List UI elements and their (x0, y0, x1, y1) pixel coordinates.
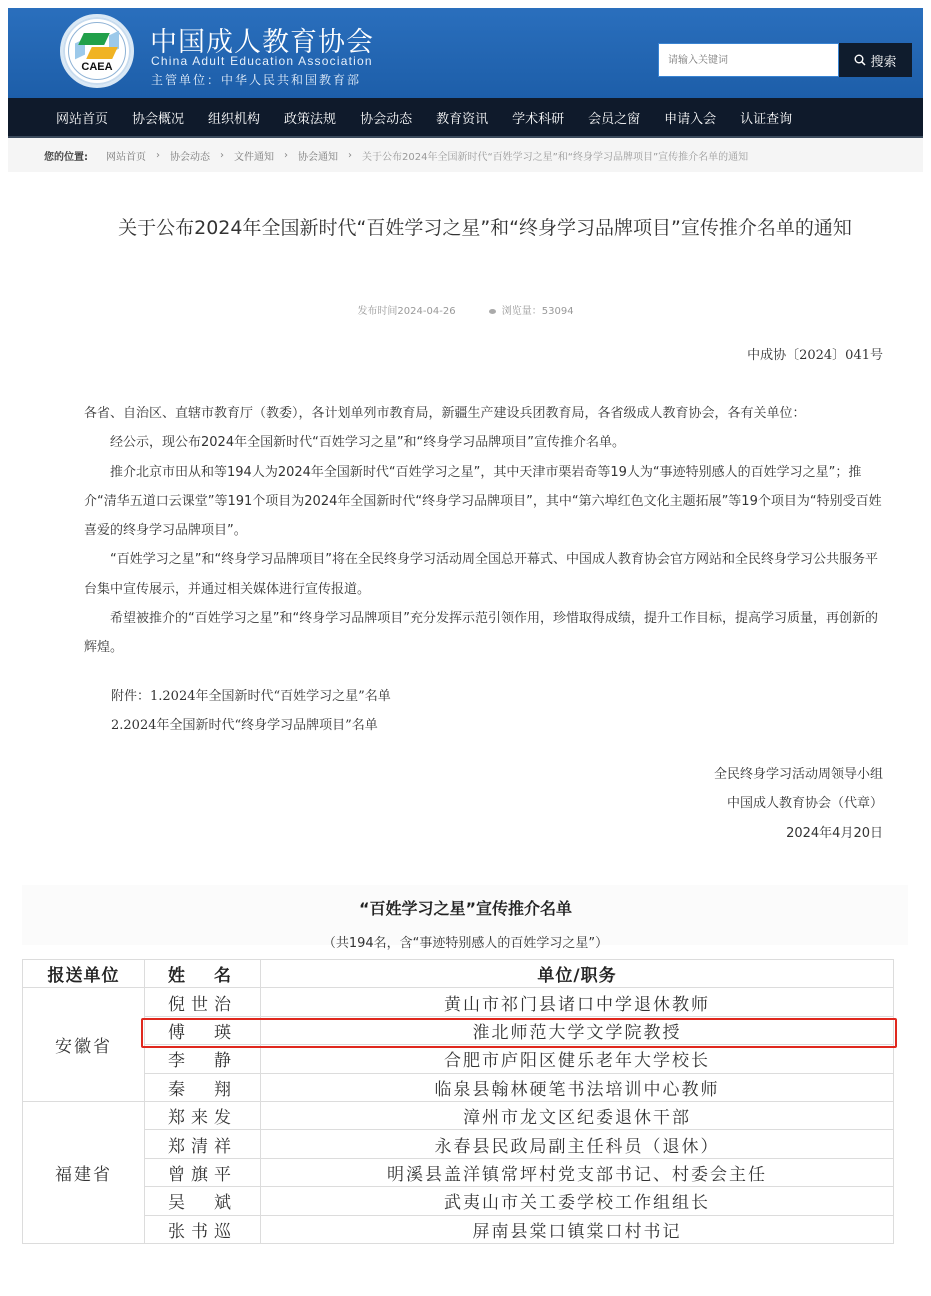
article-body: 各省、自治区、直辖市教育厅（教委），各计划单列市教育局，新疆生产建设兵团教育局，… (84, 399, 882, 663)
site-subtitle: 主管单位：中华人民共和国教育部 (151, 71, 361, 88)
attachment-2[interactable]: 2.2024年全国新时代“终身学习品牌项目”名单 (111, 711, 391, 740)
breadcrumb-documents[interactable]: 文件通知 (234, 148, 274, 163)
breadcrumb-notices[interactable]: 协会通知 (298, 148, 338, 163)
unit-cell: 合肥市庐阳区健乐老年大学校长 (261, 1045, 894, 1073)
name-cell: 郑来发 (145, 1101, 261, 1129)
unit-cell: 黄山市祁门县诸口中学退休教师 (261, 988, 894, 1016)
name-cell: 李 静 (145, 1045, 261, 1073)
unit-cell: 淮北师范大学文学院教授 (261, 1016, 894, 1044)
unit-cell: 临泉县翰林硬笔书法培训中心教师 (261, 1073, 894, 1101)
nav-item-home[interactable]: 网站首页 (56, 108, 108, 127)
eye-icon (489, 309, 496, 314)
column-header-province: 报送单位 (23, 960, 145, 988)
name-cell: 傅 瑛 (145, 1016, 261, 1044)
main-nav: 网站首页 协会概况 组织机构 政策法规 协会动态 教育资讯 学术科研 会员之窗 … (8, 98, 923, 136)
signature-date: 2024年4月20日 (714, 819, 883, 848)
signature-line: 全民终身学习活动周领导小组 (714, 760, 883, 789)
name-cell: 秦 翔 (145, 1073, 261, 1101)
attachment-1[interactable]: 附件：1.2024年全国新时代“百姓学习之星”名单 (111, 682, 391, 711)
site-header: CAEA 中国成人教育协会 China Adult Education Asso… (8, 8, 923, 98)
chevron-right-icon: › (156, 150, 160, 161)
signature-line: 中国成人教育协会（代章） (714, 789, 883, 818)
logo-text: CAEA (63, 61, 131, 73)
nav-item-organization[interactable]: 组织机构 (208, 108, 260, 127)
paragraph: 推介北京市田从和等194人为2024年全国新时代“百姓学习之星”，其中天津市栗岩… (84, 458, 882, 546)
publish-date: 发布时间2024-04-26 (357, 306, 455, 317)
table-row: 秦 翔 临泉县翰林硬笔书法培训中心教师 (23, 1073, 894, 1101)
breadcrumb-home[interactable]: 网站首页 (106, 148, 146, 163)
search-icon (854, 54, 866, 66)
table-row: 安徽省 倪世治 黄山市祁门县诸口中学退休教师 (23, 988, 894, 1016)
roster-subtitle: （共194名，含“事迹特别感人的百姓学习之星”） (0, 932, 931, 951)
table-header-row: 报送单位 姓 名 单位/职务 (23, 960, 894, 988)
table-row: 张书巡 屏南县棠口镇棠口村书记 (23, 1215, 894, 1243)
paragraph: 希望被推介的“百姓学习之星”和“终身学习品牌项目”充分发挥示范引领作用，珍惜取得… (84, 604, 882, 663)
table-row: 曾旗平 明溪县盖洋镇常坪村党支部书记、村委会主任 (23, 1158, 894, 1186)
name-cell: 曾旗平 (145, 1158, 261, 1186)
name-cell: 郑清祥 (145, 1130, 261, 1158)
nav-item-education-info[interactable]: 教育资讯 (436, 108, 488, 127)
roster-table: 报送单位 姓 名 单位/职务 安徽省 倪世治 黄山市祁门县诸口中学退休教师 傅 … (22, 959, 894, 1244)
table-row-highlighted: 傅 瑛 淮北师范大学文学院教授 (23, 1016, 894, 1044)
document-number: 中成协〔2024〕041号 (747, 344, 883, 363)
page-title: 关于公布2024年全国新时代“百姓学习之星”和“终身学习品牌项目”宣传推介名单的… (90, 212, 880, 244)
paragraph: 经公示，现公布2024年全国新时代“百姓学习之星”和“终身学习品牌项目”宣传推介… (84, 428, 882, 457)
nav-item-policy[interactable]: 政策法规 (284, 108, 336, 127)
nav-item-research[interactable]: 学术科研 (512, 108, 564, 127)
nav-item-news[interactable]: 协会动态 (360, 108, 412, 127)
province-cell: 福建省 (23, 1101, 145, 1243)
table-row: 郑清祥 永春县民政局副主任科员（退休） (23, 1130, 894, 1158)
site-title-en: China Adult Education Association (151, 54, 373, 68)
search-input[interactable] (658, 43, 839, 77)
unit-cell: 漳州市龙文区纪委退休干部 (261, 1101, 894, 1129)
caea-logo[interactable]: CAEA (60, 14, 134, 88)
unit-cell: 武夷山市关工委学校工作组组长 (261, 1187, 894, 1215)
view-count: 浏览量：53094 (489, 306, 574, 317)
province-cell: 安徽省 (23, 988, 145, 1102)
article-meta: 发布时间2024-04-26 浏览量：53094 (0, 302, 931, 317)
nav-item-about[interactable]: 协会概况 (132, 108, 184, 127)
unit-cell: 永春县民政局副主任科员（退休） (261, 1130, 894, 1158)
name-cell: 张书巡 (145, 1215, 261, 1243)
chevron-right-icon: › (348, 150, 352, 161)
name-cell: 倪世治 (145, 988, 261, 1016)
column-header-name: 姓 名 (145, 960, 261, 988)
table-row: 李 静 合肥市庐阳区健乐老年大学校长 (23, 1045, 894, 1073)
attachments: 附件：1.2024年全国新时代“百姓学习之星”名单 2.2024年全国新时代“终… (111, 682, 391, 741)
breadcrumb: 您的位置: 网站首页 › 协会动态 › 文件通知 › 协会通知 › 关于公布20… (8, 138, 923, 172)
unit-cell: 屏南县棠口镇棠口村书记 (261, 1215, 894, 1243)
breadcrumb-current: 关于公布2024年全国新时代“百姓学习之星”和“终身学习品牌项目”宣传推介名单的… (362, 148, 748, 163)
signature-block: 全民终身学习活动周领导小组 中国成人教育协会（代章） 2024年4月20日 (714, 760, 883, 848)
nav-item-certification[interactable]: 认证查询 (740, 108, 792, 127)
unit-cell: 明溪县盖洋镇常坪村党支部书记、村委会主任 (261, 1158, 894, 1186)
table-row: 吴 斌 武夷山市关工委学校工作组组长 (23, 1187, 894, 1215)
name-cell: 吴 斌 (145, 1187, 261, 1215)
logo-shape-yellow (86, 47, 118, 59)
search-button[interactable]: 搜索 (839, 43, 912, 77)
column-header-unit: 单位/职务 (261, 960, 894, 988)
view-count-label: 浏览量：53094 (502, 306, 574, 317)
breadcrumb-label: 您的位置: (44, 148, 88, 163)
search-box: 搜索 (658, 43, 912, 77)
chevron-right-icon: › (284, 150, 288, 161)
breadcrumb-news[interactable]: 协会动态 (170, 148, 210, 163)
roster-title: “百姓学习之星”宣传推介名单 (0, 896, 931, 919)
logo-shape-green (78, 33, 110, 45)
nav-item-members[interactable]: 会员之窗 (588, 108, 640, 127)
salutation: 各省、自治区、直辖市教育厅（教委），各计划单列市教育局，新疆生产建设兵团教育局，… (84, 399, 882, 428)
chevron-right-icon: › (220, 150, 224, 161)
search-button-label: 搜索 (870, 51, 896, 70)
table-row: 福建省 郑来发 漳州市龙文区纪委退休干部 (23, 1101, 894, 1129)
paragraph: “百姓学习之星”和“终身学习品牌项目”将在全民终身学习活动周全国总开幕式、中国成… (84, 545, 882, 604)
nav-item-join[interactable]: 申请入会 (664, 108, 716, 127)
